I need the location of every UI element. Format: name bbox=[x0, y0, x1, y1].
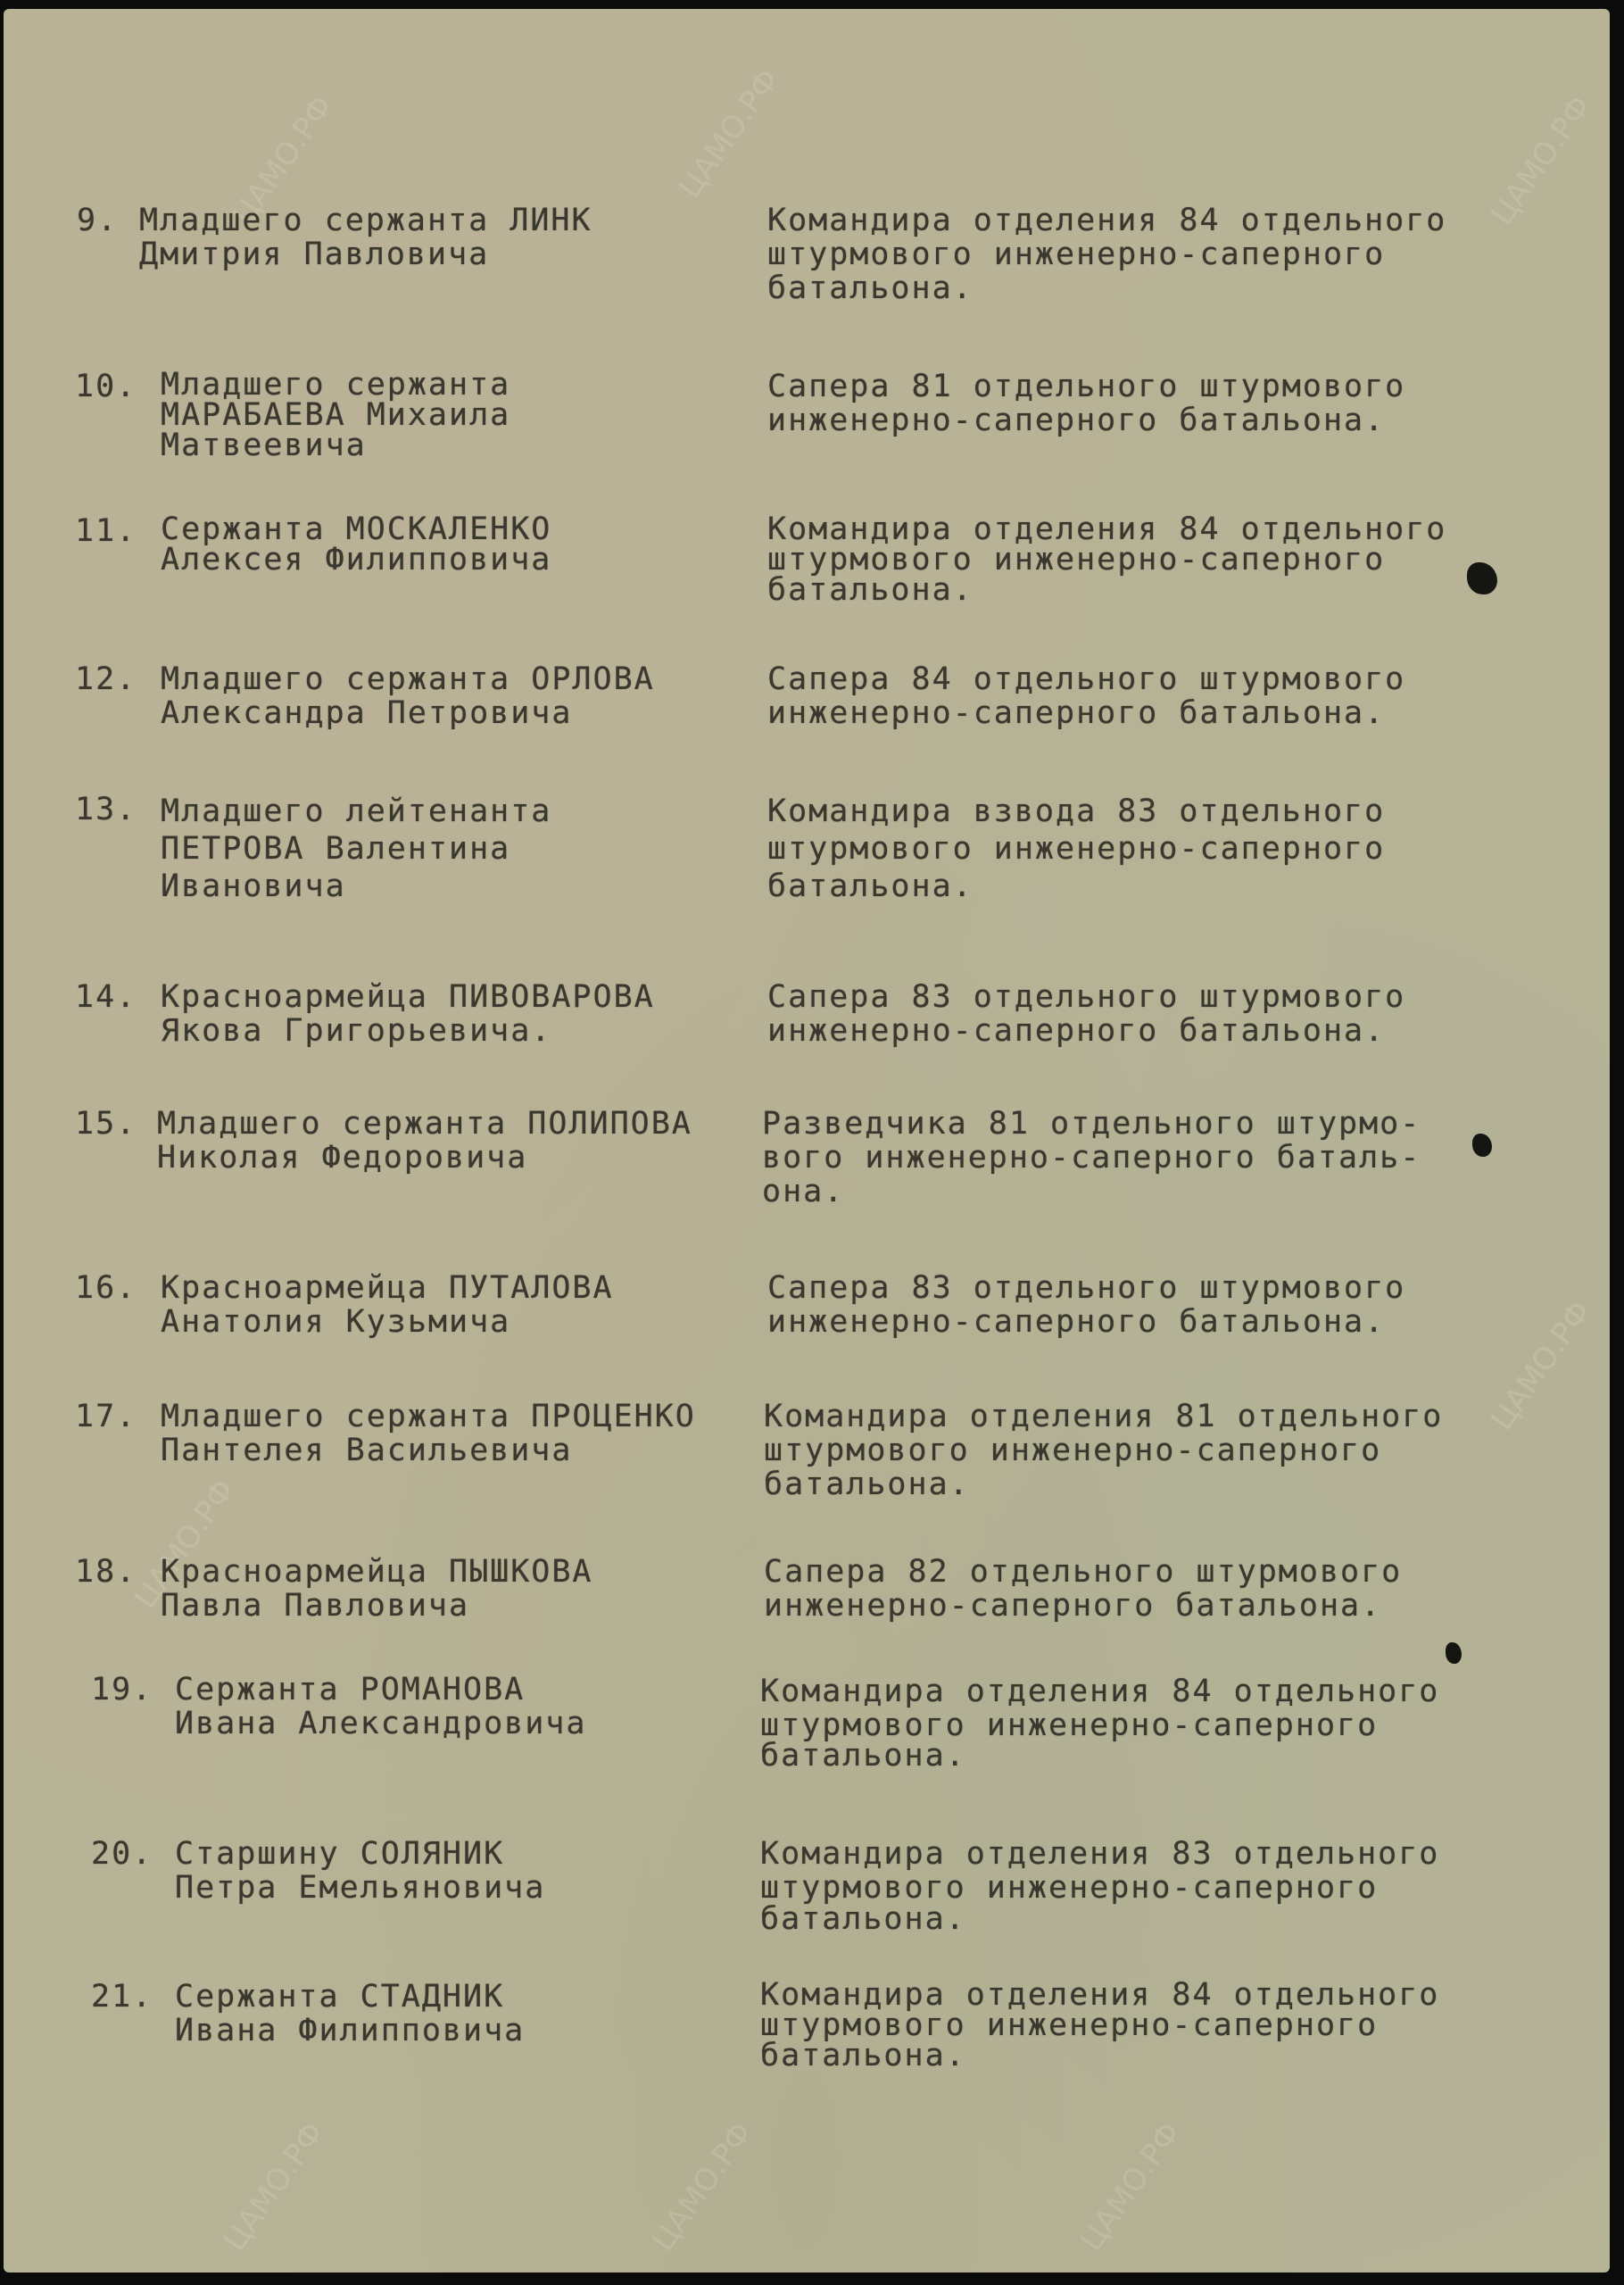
recipient-name: Младшего сержанта ЛИНК Дмитрия Павловича bbox=[139, 204, 592, 271]
watermark: ЦАМО.РФ bbox=[1484, 89, 1598, 231]
ink-blot bbox=[1472, 1134, 1492, 1157]
recipient-name: Старшину СОЛЯНИК Петра Емельяновича bbox=[175, 1837, 545, 1905]
name-line: Ивана Филипповича bbox=[175, 2014, 525, 2048]
recipient-name: Сержанта МОСКАЛЕНКО Алексея Филипповича bbox=[161, 514, 551, 575]
entry-number: 20. bbox=[91, 1837, 153, 1871]
desc-line: Командира отделения 81 отдельного bbox=[764, 1400, 1443, 1433]
recipient-name: Красноармейца ПИВОВАРОВА Якова Григорьев… bbox=[161, 980, 655, 1048]
position-description: Командира отделения 81 отдельного штурмо… bbox=[764, 1400, 1443, 1501]
name-line: Младшего сержанта ЛИНК bbox=[139, 204, 592, 237]
desc-line: Командира отделения 84 отдельного bbox=[767, 514, 1446, 544]
desc-line: вого инженерно-саперного баталь- bbox=[762, 1141, 1421, 1175]
position-description: Командира отделения 84 отдельного штурмо… bbox=[760, 1673, 1439, 1771]
position-description: Командира отделения 84 отдельного штурмо… bbox=[767, 204, 1446, 305]
desc-line: она. bbox=[762, 1175, 1421, 1209]
desc-line: инженерно-саперного батальона. bbox=[767, 403, 1405, 437]
name-line: Пантелея Васильевича bbox=[161, 1433, 696, 1467]
entry-number: 19. bbox=[91, 1673, 153, 1707]
document-page: ЦАМО.РФ ЦАМО.РФ ЦАМО.РФ ЦАМО.РФ ЦАМО.РФ … bbox=[4, 9, 1610, 2273]
name-line: Старшину СОЛЯНИК bbox=[175, 1837, 545, 1871]
desc-line: Командира взвода 83 отдельного bbox=[767, 793, 1385, 830]
name-line: Младшего сержанта ПОЛИПОВА bbox=[157, 1107, 692, 1141]
entry-number: 12. bbox=[75, 662, 137, 696]
recipient-name: Красноармейца ПЫШКОВА Павла Павловича bbox=[161, 1555, 593, 1623]
name-line: Сержанта МОСКАЛЕНКО bbox=[161, 514, 551, 544]
position-description: Командира отделения 83 отдельного штурмо… bbox=[760, 1837, 1439, 1933]
name-line: Петра Емельяновича bbox=[175, 1871, 545, 1905]
desc-line: Командира отделения 84 отдельного bbox=[760, 1980, 1439, 2010]
desc-line: Сапера 84 отдельного штурмового bbox=[767, 662, 1405, 696]
recipient-name: Сержанта РОМАНОВА Ивана Александровича bbox=[175, 1673, 586, 1741]
entry-number: 13. bbox=[75, 793, 137, 827]
position-description: Сапера 83 отдельного штурмового инженерн… bbox=[767, 980, 1405, 1048]
name-line: ПЕТРОВА Валентина bbox=[161, 830, 551, 868]
name-line: Ивана Александровича bbox=[175, 1707, 586, 1741]
desc-line: штурмового инженерно-саперного bbox=[760, 1710, 1439, 1741]
name-line: Младшего сержанта bbox=[161, 370, 510, 400]
desc-line: Командира отделения 83 отдельного bbox=[760, 1837, 1439, 1871]
recipient-name: Младшего сержанта ОРЛОВА Александра Петр… bbox=[161, 662, 655, 730]
name-line: Сержанта РОМАНОВА bbox=[175, 1673, 586, 1707]
name-line: Младшего лейтенанта bbox=[161, 793, 551, 830]
desc-line: Разведчика 81 отдельного штурмо- bbox=[762, 1107, 1421, 1141]
name-line: Александра Петровича bbox=[161, 696, 655, 730]
desc-line: штурмового инженерно-саперного bbox=[767, 830, 1385, 868]
desc-line: батальона. bbox=[760, 2040, 1439, 2071]
desc-line: штурмового инженерно-саперного bbox=[764, 1433, 1443, 1467]
desc-line: батальона. bbox=[760, 1905, 1439, 1933]
name-line: Красноармейца ПУТАЛОВА bbox=[161, 1271, 614, 1305]
entry-number: 15. bbox=[75, 1107, 137, 1141]
entry-number: 18. bbox=[75, 1555, 137, 1589]
watermark: ЦАМО.РФ bbox=[1484, 1294, 1598, 1436]
name-line: Сержанта СТАДНИК bbox=[175, 1980, 525, 2014]
desc-line: батальона. bbox=[767, 575, 1446, 605]
name-line: Алексея Филипповича bbox=[161, 544, 551, 575]
name-line: Младшего сержанта ОРЛОВА bbox=[161, 662, 655, 696]
entry-number: 9. bbox=[77, 204, 118, 237]
position-description: Сапера 84 отдельного штурмового инженерн… bbox=[767, 662, 1405, 730]
name-line: Ивановича bbox=[161, 868, 551, 905]
name-line: Дмитрия Павловича bbox=[139, 237, 592, 271]
desc-line: батальона. bbox=[767, 271, 1446, 305]
position-description: Командира взвода 83 отдельного штурмовог… bbox=[767, 793, 1385, 905]
recipient-name: Красноармейца ПУТАЛОВА Анатолия Кузьмича bbox=[161, 1271, 614, 1339]
name-line: Николая Федоровича bbox=[157, 1141, 692, 1175]
position-description: Сапера 82 отдельного штурмового инженерн… bbox=[764, 1555, 1402, 1623]
entry-number: 14. bbox=[75, 980, 137, 1014]
ink-blot bbox=[1467, 562, 1497, 594]
recipient-name: Младшего лейтенанта ПЕТРОВА Валентина Ив… bbox=[161, 793, 551, 905]
desc-line: штурмового инженерно-саперного bbox=[760, 2010, 1439, 2040]
desc-line: батальона. bbox=[767, 868, 1385, 905]
position-description: Сапера 83 отдельного штурмового инженерн… bbox=[767, 1271, 1405, 1339]
name-line: Павла Павловича bbox=[161, 1589, 593, 1623]
desc-line: инженерно-саперного батальона. bbox=[767, 1305, 1405, 1339]
name-line: Красноармейца ПЫШКОВА bbox=[161, 1555, 593, 1589]
recipient-name: Младшего сержанта ПОЛИПОВА Николая Федор… bbox=[157, 1107, 692, 1175]
entry-number: 21. bbox=[91, 1980, 153, 2014]
position-description: Командира отделения 84 отдельного штурмо… bbox=[767, 514, 1446, 605]
desc-line: батальона. bbox=[764, 1467, 1443, 1501]
desc-line: Сапера 82 отдельного штурмового bbox=[764, 1555, 1402, 1589]
name-line: Анатолия Кузьмича bbox=[161, 1305, 614, 1339]
desc-line: Сапера 81 отдельного штурмового bbox=[767, 370, 1405, 403]
desc-line: инженерно-саперного батальона. bbox=[767, 696, 1405, 730]
recipient-name: Младшего сержанта ПРОЦЕНКО Пантелея Васи… bbox=[161, 1400, 696, 1467]
desc-line: батальона. bbox=[760, 1741, 1439, 1771]
watermark: ЦАМО.РФ bbox=[217, 2115, 331, 2257]
ink-blot bbox=[1446, 1642, 1462, 1664]
entry-number: 16. bbox=[75, 1271, 137, 1305]
position-description: Разведчика 81 отдельного штурмо- вого ин… bbox=[762, 1107, 1421, 1209]
entry-number: 10. bbox=[75, 370, 137, 403]
desc-line: Сапера 83 отдельного штурмового bbox=[767, 1271, 1405, 1305]
desc-line: инженерно-саперного батальона. bbox=[764, 1589, 1402, 1623]
watermark: ЦАМО.РФ bbox=[645, 2115, 759, 2257]
desc-line: инженерно-саперного батальона. bbox=[767, 1014, 1405, 1048]
recipient-name: Младшего сержанта МАРАБАЕВА Михаила Матв… bbox=[161, 370, 510, 461]
position-description: Командира отделения 84 отдельного штурмо… bbox=[760, 1980, 1439, 2071]
recipient-name: Сержанта СТАДНИК Ивана Филипповича bbox=[175, 1980, 525, 2048]
desc-line: штурмового инженерно-саперного bbox=[767, 237, 1446, 271]
entry-number: 17. bbox=[75, 1400, 137, 1433]
watermark: ЦАМО.РФ bbox=[672, 62, 786, 204]
desc-line: Командира отделения 84 отдельного bbox=[760, 1673, 1439, 1710]
desc-line: штурмового инженерно-саперного bbox=[760, 1871, 1439, 1905]
name-line: МАРАБАЕВА Михаила bbox=[161, 400, 510, 430]
name-line: Красноармейца ПИВОВАРОВА bbox=[161, 980, 655, 1014]
desc-line: Командира отделения 84 отдельного bbox=[767, 204, 1446, 237]
desc-line: штурмового инженерно-саперного bbox=[767, 544, 1446, 575]
watermark: ЦАМО.РФ bbox=[1073, 2115, 1188, 2257]
name-line: Якова Григорьевича. bbox=[161, 1014, 655, 1048]
name-line: Младшего сержанта ПРОЦЕНКО bbox=[161, 1400, 696, 1433]
entry-number: 11. bbox=[75, 514, 137, 548]
position-description: Сапера 81 отдельного штурмового инженерн… bbox=[767, 370, 1405, 437]
name-line: Матвеевича bbox=[161, 430, 510, 461]
desc-line: Сапера 83 отдельного штурмового bbox=[767, 980, 1405, 1014]
